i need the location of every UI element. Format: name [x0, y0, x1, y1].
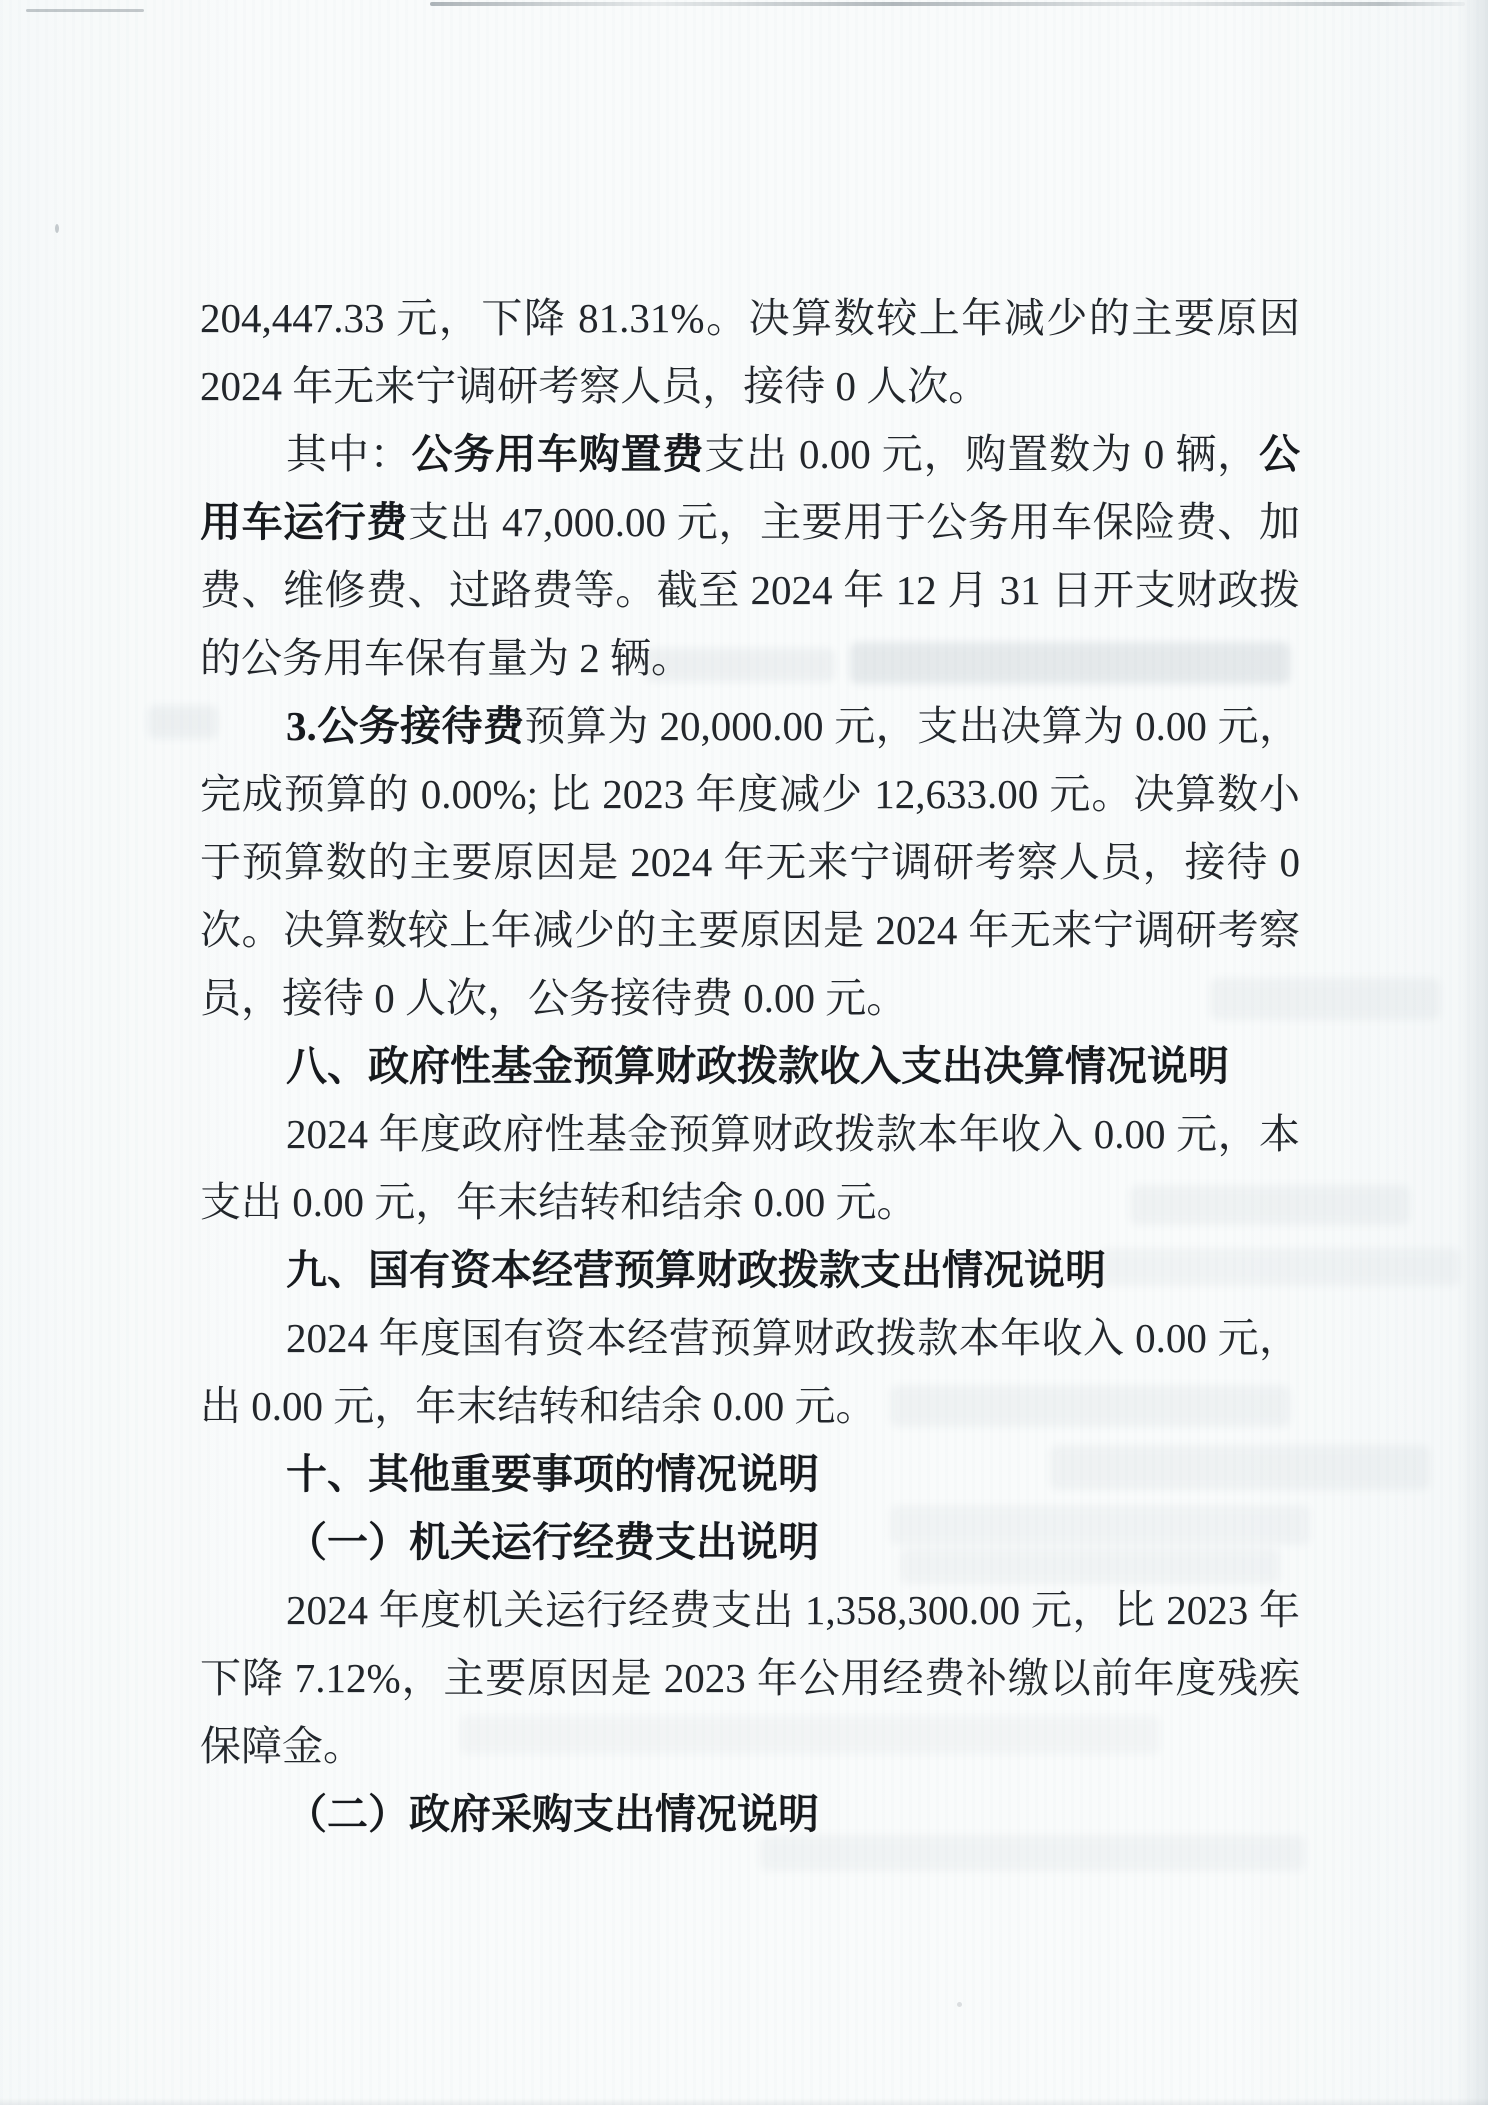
page-edge-shadow-bottom — [0, 2098, 1488, 2105]
text-line: 2024 年度政府性基金预算财政拨款本年收入 0.00 元，本年 — [200, 1100, 1300, 1168]
text-run: 2024 年度国有资本经营预算财政拨款本年收入 0.00 元，支 — [286, 1315, 1300, 1372]
text-run: 保障金。 — [200, 1723, 364, 1769]
heading-subsection-2: （二）政府采购支出情况说明 — [200, 1780, 1300, 1848]
heading-section-10: 十、其他重要事项的情况说明 — [200, 1440, 1300, 1508]
bold-term-official-reception-fee: 3.公务接待费 — [286, 703, 524, 749]
text-run: 2024 年度政府性基金预算财政拨款本年收入 0.00 元，本年 — [286, 1111, 1300, 1168]
text-run: 完成预算的 0.00%; 比 2023 年度减少 12,633.00 元。决算数… — [200, 771, 1300, 817]
text-line: 次。决算数较上年减少的主要原因是 2024 年无来宁调研考察人 — [200, 896, 1300, 964]
text-line: 其中：公务用车购置费支出 0.00 元，购置数为 0 辆，公务 — [200, 420, 1300, 488]
text-line: 用车运行费支出 47,000.00 元，主要用于公务用车保险费、加油 — [200, 488, 1300, 556]
bold-term-vehicle-operation-fee: 用车运行费 — [200, 499, 408, 545]
text-line: 3.公务接待费预算为 20,000.00 元，支出决算为 0.00 元， — [200, 692, 1300, 760]
scan-artifact-top-line — [430, 2, 1465, 6]
text-run: 支出 0.00 元，年末结转和结余 0.00 元。 — [200, 1179, 918, 1225]
heading-text: 八、政府性基金预算财政拨款收入支出决算情况说明 — [286, 1043, 1229, 1089]
text-line: 的公务用车保有量为 2 辆。 — [200, 624, 1300, 692]
text-line: 下降 7.12%，主要原因是 2023 年公用经费补缴以前年度残疾人 — [200, 1644, 1300, 1712]
text-run: 次。决算数较上年减少的主要原因是 2024 年无来宁调研考察人 — [200, 907, 1300, 964]
text-line: 2024 年度国有资本经营预算财政拨款本年收入 0.00 元，支 — [200, 1304, 1300, 1372]
heading-text: 九、国有资本经营预算财政拨款支出情况说明 — [286, 1247, 1106, 1293]
heading-section-9: 九、国有资本经营预算财政拨款支出情况说明 — [200, 1236, 1300, 1304]
text-run: 员，接待 0 人次，公务接待费 0.00 元。 — [200, 975, 907, 1021]
heading-section-8: 八、政府性基金预算财政拨款收入支出决算情况说明 — [200, 1032, 1300, 1100]
text-line: 2024 年度机关运行经费支出 1,358,300.00 元，比 2023 年 — [200, 1576, 1300, 1644]
heading-text: （二）政府采购支出情况说明 — [286, 1791, 819, 1837]
text-line: 于预算数的主要原因是 2024 年无来宁调研考察人员，接待 0 人 — [200, 828, 1300, 896]
text-run: 其中： — [286, 431, 411, 477]
text-line: 员，接待 0 人次，公务接待费 0.00 元。 — [200, 964, 1300, 1032]
text-run: 于预算数的主要原因是 2024 年无来宁调研考察人员，接待 0 人 — [200, 839, 1300, 896]
heading-subsection-1: （一）机关运行经费支出说明 — [200, 1508, 1300, 1576]
text-line: 2024 年无来宁调研考察人员，接待 0 人次。 — [200, 352, 1300, 420]
text-line: 完成预算的 0.00%; 比 2023 年度减少 12,633.00 元。决算数… — [200, 760, 1300, 828]
scan-artifact-top-left-mark — [26, 9, 144, 12]
text-line: 保障金。 — [200, 1712, 1300, 1780]
page-edge-shadow-right — [1458, 0, 1488, 2105]
heading-text: （一）机关运行经费支出说明 — [286, 1519, 819, 1565]
text-run: 出 0.00 元，年末结转和结余 0.00 元。 — [200, 1383, 877, 1429]
text-run: 预算为 20,000.00 元，支出决算为 0.00 元， — [524, 703, 1300, 749]
text-run: 支出 0.00 元，购置数为 0 辆， — [704, 431, 1259, 477]
text-run: 的公务用车保有量为 2 辆。 — [200, 635, 692, 681]
text-run: 2024 年度机关运行经费支出 1,358,300.00 元，比 2023 年 — [286, 1587, 1300, 1633]
text-run: 费、维修费、过路费等。截至 2024 年 12 月 31 日开支财政拨款 — [200, 567, 1300, 624]
text-run: 204,447.33 元，下降 81.31%。决算数较上年减少的主要原因是 — [200, 295, 1300, 352]
text-line: 费、维修费、过路费等。截至 2024 年 12 月 31 日开支财政拨款 — [200, 556, 1300, 624]
bold-term-vehicle-purchase-fee: 公务用车购置费 — [411, 431, 704, 477]
text-run: 2024 年无来宁调研考察人员，接待 0 人次。 — [200, 363, 989, 409]
text-line: 204,447.33 元，下降 81.31%。决算数较上年减少的主要原因是 — [200, 284, 1300, 352]
scan-speck — [55, 224, 59, 233]
document-body: 204,447.33 元，下降 81.31%。决算数较上年减少的主要原因是 20… — [200, 284, 1300, 1848]
heading-text: 十、其他重要事项的情况说明 — [286, 1451, 819, 1497]
document-page: 204,447.33 元，下降 81.31%。决算数较上年减少的主要原因是 20… — [0, 0, 1488, 2105]
text-line: 出 0.00 元，年末结转和结余 0.00 元。 — [200, 1372, 1300, 1440]
text-line: 支出 0.00 元，年末结转和结余 0.00 元。 — [200, 1168, 1300, 1236]
text-run: 下降 7.12%，主要原因是 2023 年公用经费补缴以前年度残疾人 — [200, 1655, 1300, 1712]
scan-speck — [957, 2002, 962, 2007]
